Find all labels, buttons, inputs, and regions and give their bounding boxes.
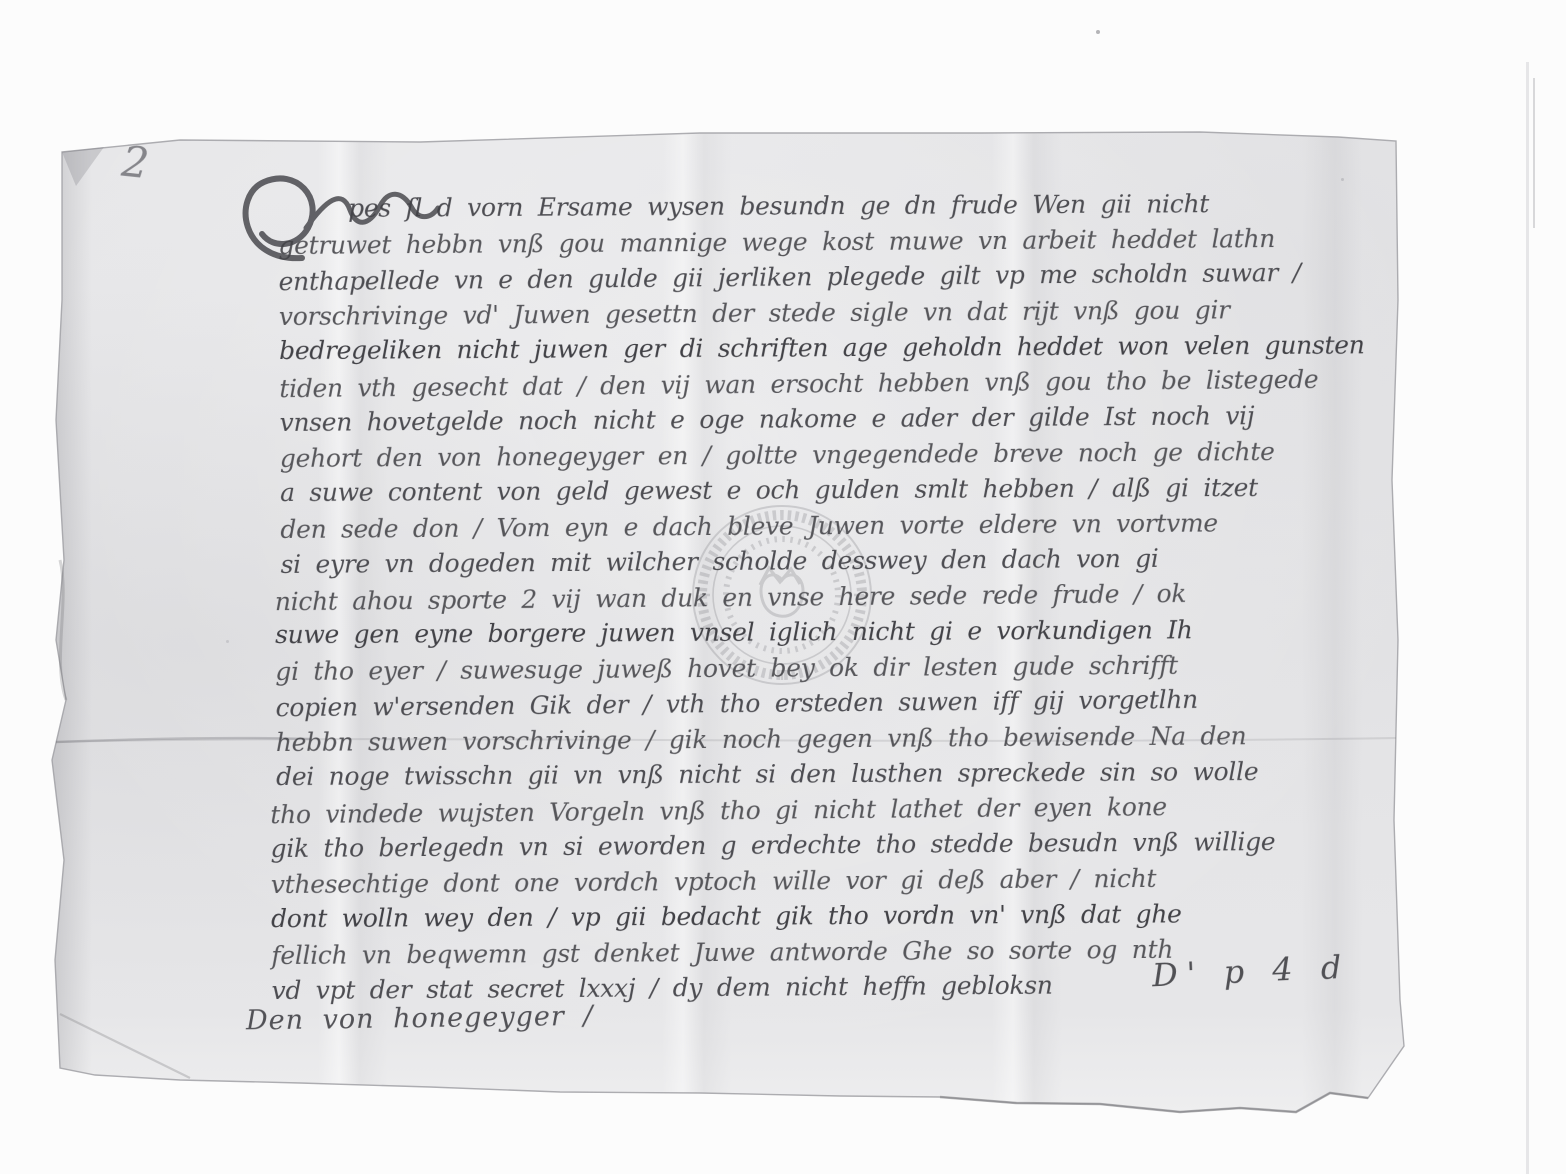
- manuscript-text-block: pes ſl d vorn Ersame wysen besundn ge dn…: [278, 184, 1372, 1008]
- dust-speck: [226, 640, 229, 643]
- scanned-document-page: 2 pes ſl d vorn Ersame wysen besundn ge …: [0, 0, 1566, 1174]
- scan-edge-line: [1526, 62, 1529, 1174]
- dust-speck: [1096, 30, 1100, 34]
- address-line: Den von honegeyger /: [246, 1001, 594, 1037]
- folio-number: 2: [120, 137, 152, 189]
- scan-edge-line-short: [1533, 78, 1535, 228]
- dust-speck: [1341, 178, 1344, 181]
